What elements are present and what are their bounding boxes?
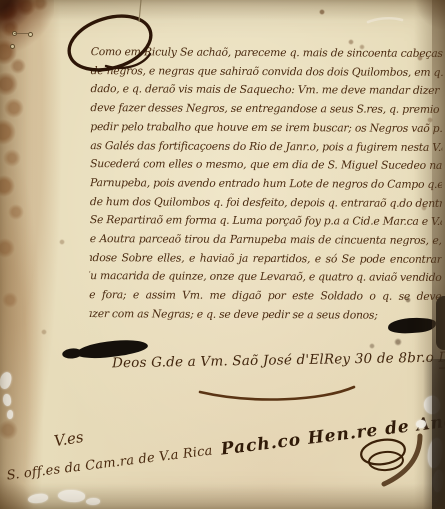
photo-vignette xyxy=(0,0,445,509)
manuscript-photo: Como em Riculy Se achaõ, pareceme q. mai… xyxy=(0,0,445,509)
